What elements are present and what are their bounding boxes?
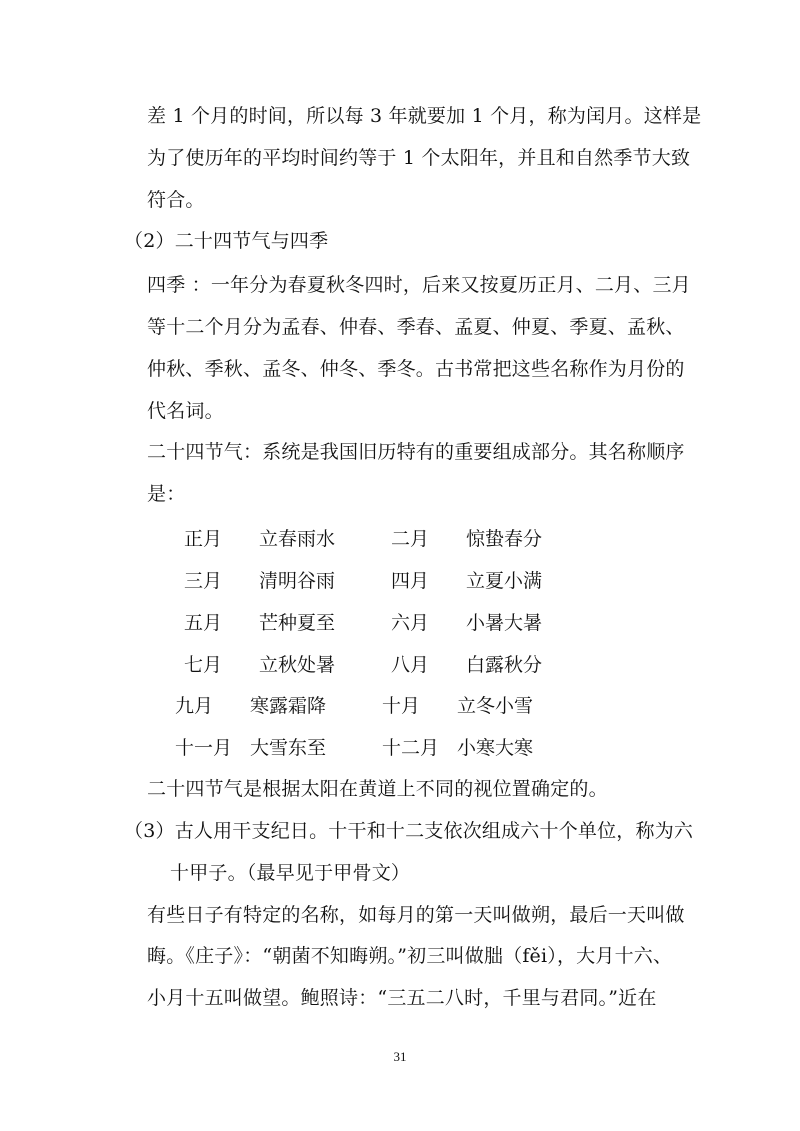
month-cell: 二月 [391, 527, 429, 551]
solar-terms-note: 二十四节气是根据太阳在黄道上不同的视位置确定的。 [147, 777, 608, 801]
month-cell: 九月 [175, 694, 213, 718]
page-number: 31 [0, 1049, 800, 1065]
intro-line-1: 差 1 个月的时间，所以每 3 年就要加 1 个月，称为闰月。这样是 [147, 104, 701, 128]
month-cell: 七月 [184, 653, 222, 677]
month-cell: 六月 [391, 611, 429, 635]
document-page: 差 1 个月的时间，所以每 3 年就要加 1 个月，称为闰月。这样是 为了使历年… [0, 0, 800, 1131]
terms-cell: 小寒大寒 [457, 736, 533, 760]
terms-cell: 清明谷雨 [259, 569, 335, 593]
section-3-heading-line-2: 十甲子。（最早见于甲骨文） [170, 861, 410, 885]
solar-terms-line-1: 二十四节气：系统是我国旧历特有的重要组成部分。其名称顺序 [147, 440, 685, 464]
section-3-body-line-2: 晦。《庄子》：“朝菌不知晦朔。”初三叫做朏（fěi），大月十六、 [147, 944, 672, 968]
intro-line-3: 符合。 [147, 188, 205, 212]
section-3-body-line-3: 小月十五叫做望。鲍照诗：“三五二八时，千里与君同。”近在 [147, 986, 657, 1010]
month-cell: 三月 [184, 569, 222, 593]
month-cell: 十一月 [175, 736, 232, 760]
terms-cell: 白露秋分 [466, 653, 542, 677]
seasons-line-4: 代名词。 [147, 399, 224, 423]
seasons-line-2: 等十二个月分为孟春、仲春、季春、孟夏、仲夏、季夏、孟秋、 [147, 315, 685, 339]
terms-cell: 小暑大暑 [466, 611, 542, 635]
section-3-body-line-1: 有些日子有特定的名称，如每月的第一天叫做朔，最后一天叫做 [147, 903, 685, 927]
terms-cell: 芒种夏至 [259, 611, 335, 635]
section-2-heading: （2）二十四节气与四季 [124, 229, 328, 253]
seasons-line-1: 四季 ：一年分为春夏秋冬四时，后来又按夏历正月、二月、三月 [147, 273, 691, 297]
month-cell: 八月 [391, 653, 429, 677]
terms-cell: 寒露霜降 [250, 694, 326, 718]
month-cell: 正月 [184, 527, 222, 551]
section-3-heading-line-1: （3）古人用干支纪日。十干和十二支依次组成六十个单位，称为六 [124, 819, 693, 843]
terms-cell: 立冬小雪 [457, 694, 533, 718]
intro-line-2: 为了使历年的平均时间约等于 1 个太阳年，并且和自然季节大致 [147, 146, 690, 170]
month-cell: 十月 [382, 694, 420, 718]
terms-cell: 立夏小满 [466, 569, 542, 593]
month-cell: 五月 [184, 611, 222, 635]
month-cell: 四月 [391, 569, 429, 593]
solar-terms-line-2: 是： [147, 482, 185, 506]
month-cell: 十二月 [382, 736, 439, 760]
terms-cell: 大雪东至 [250, 736, 326, 760]
seasons-line-3: 仲秋、季秋、孟冬、仲冬、季冬。古书常把这些名称作为月份的 [147, 357, 685, 381]
terms-cell: 惊蛰春分 [466, 527, 542, 551]
terms-cell: 立秋处暑 [259, 653, 335, 677]
terms-cell: 立春雨水 [259, 527, 335, 551]
